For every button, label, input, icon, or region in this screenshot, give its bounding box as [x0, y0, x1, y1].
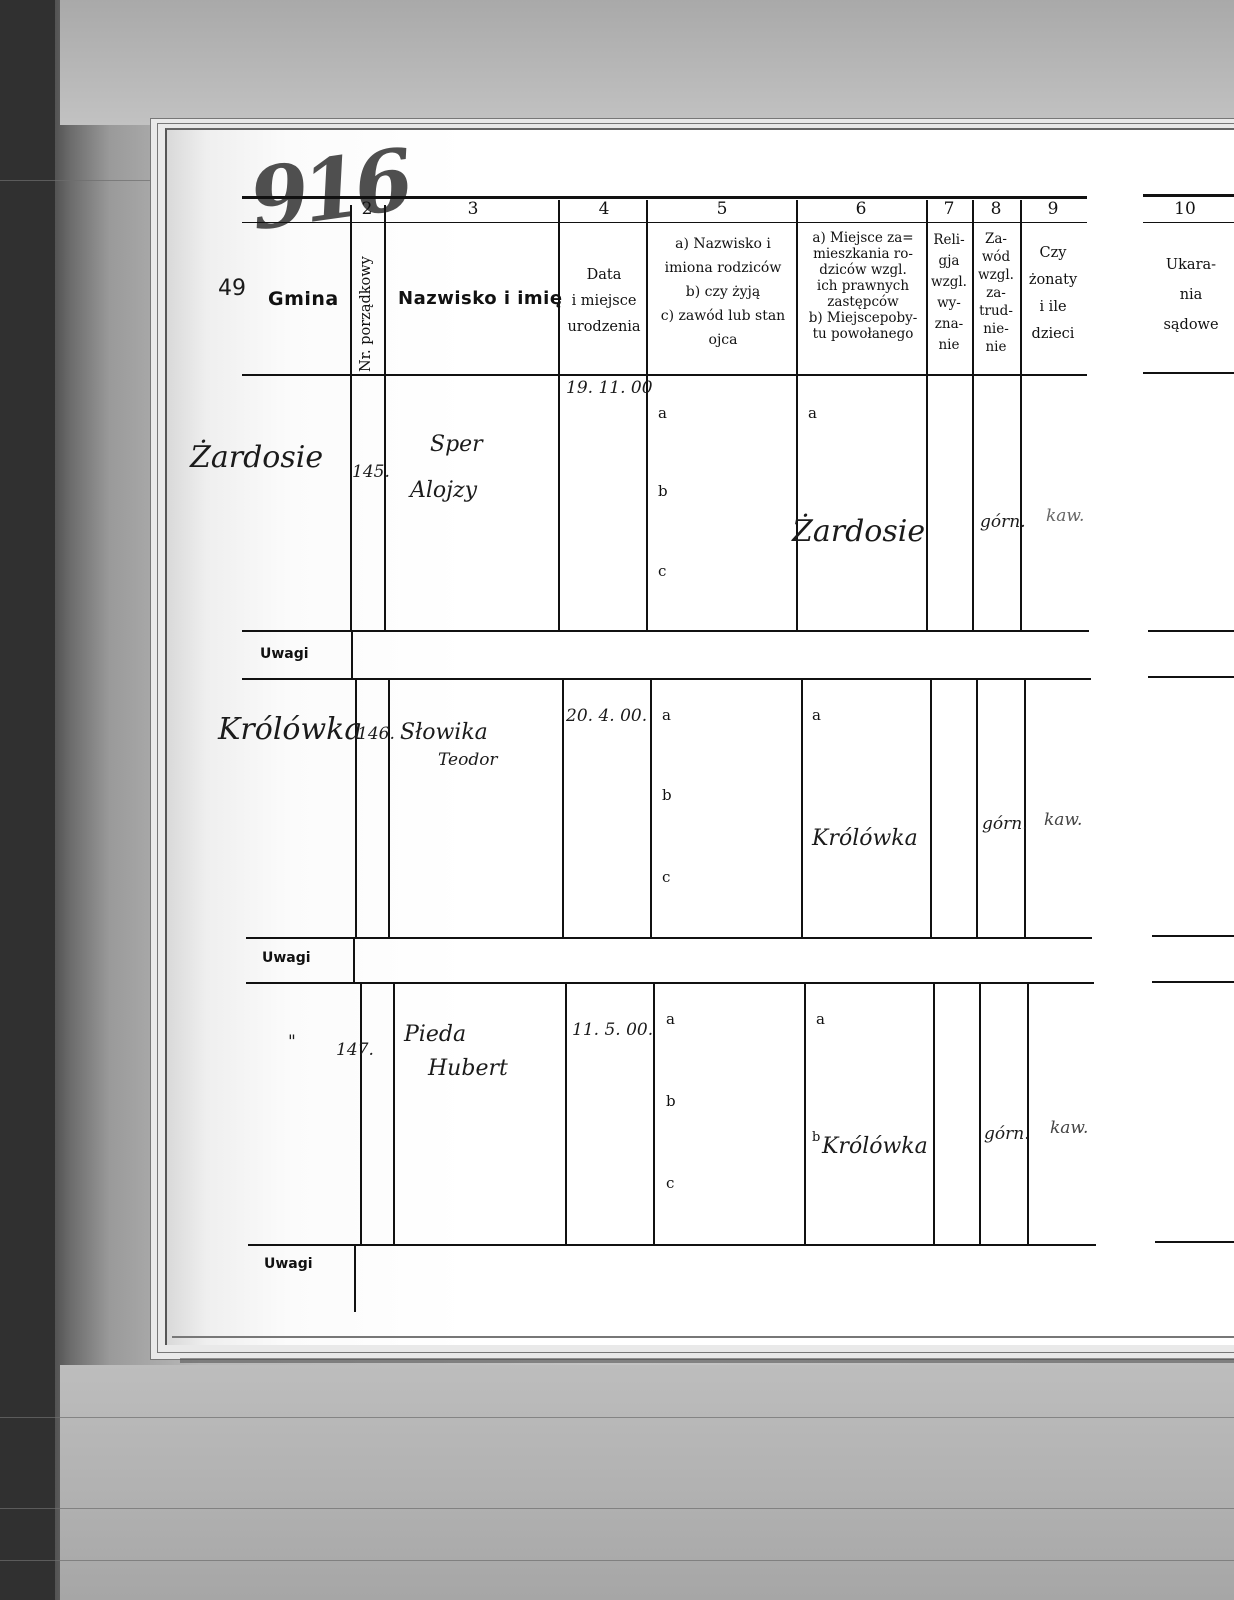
- label-c: c: [666, 1174, 674, 1192]
- label-b: b: [662, 786, 672, 804]
- header-religia: Reli-gjawzgl.wy-zna-nie: [926, 230, 972, 356]
- entry-first-name: Alojzy: [410, 478, 477, 503]
- header-gmina: Gmina: [268, 288, 339, 310]
- entry-marital: kaw.: [1046, 506, 1084, 526]
- entry-first-name: Teodor: [438, 750, 498, 770]
- entry-gmina-ditto: ": [288, 1032, 296, 1052]
- header-zawod: Za-wódwzgl.za-trud-nie-nie: [972, 230, 1020, 356]
- entry-occupation: górn.: [984, 1124, 1030, 1144]
- label-b: b: [658, 482, 668, 500]
- label-a: a: [662, 706, 671, 724]
- header-data-urodzenia: Datai miejsceurodzenia: [560, 262, 648, 340]
- header-zonaty: Czyżonatyi iledzieci: [1020, 240, 1086, 348]
- header-rodzice: a) Nazwisko iimiona rodzicówb) czy żyjąc…: [648, 232, 798, 352]
- label-a: a: [666, 1010, 675, 1028]
- entry-birth-date: 11. 5. 00.: [572, 1020, 653, 1040]
- entry-residence: Żardosie: [792, 514, 925, 549]
- entry-marital: kaw.: [1050, 1118, 1088, 1138]
- entry-nr: 145.: [352, 462, 390, 482]
- uwagi-label: Uwagi: [260, 646, 309, 662]
- entry-surname: Słowika: [400, 720, 488, 745]
- scan-dark-margin: [0, 0, 55, 1600]
- col-number-3: 3: [388, 199, 558, 219]
- header-miejsce: a) Miejsce za=mieszkania ro-dziców wzgl.…: [798, 230, 928, 342]
- header-ukarania: Ukara-niasądowe: [1148, 250, 1234, 340]
- entry-residence: Królówka: [822, 1134, 928, 1159]
- label-a: a: [812, 706, 821, 724]
- entry-birth-date: 20. 4. 00.: [566, 706, 647, 726]
- col-number-5: 5: [648, 199, 796, 219]
- col-number-4: 4: [560, 199, 648, 219]
- entry-occupation: górn.: [980, 512, 1026, 532]
- entry-marital: kaw.: [1044, 810, 1082, 830]
- uwagi-label: Uwagi: [264, 1256, 313, 1272]
- label-a: a: [658, 404, 667, 422]
- col-number-9: 9: [1020, 199, 1086, 219]
- label-a: a: [808, 404, 817, 422]
- col-number-10: 10: [1150, 199, 1220, 219]
- label-c: c: [662, 868, 670, 886]
- page-mark: 49: [218, 276, 246, 301]
- label-c: c: [658, 562, 666, 580]
- entry-gmina: Żardosie: [190, 440, 323, 475]
- entry-nr: 146.: [357, 724, 395, 744]
- label-a: a: [816, 1010, 825, 1028]
- scan-background-top: [60, 0, 1234, 125]
- header-bottom-rule: [242, 374, 1087, 376]
- entry-nr: 147.: [336, 1040, 374, 1060]
- header-nr-porzadkowy: Nr. porządkowy: [358, 256, 374, 372]
- col-number-6: 6: [796, 199, 926, 219]
- entry-surname: Sper: [430, 432, 483, 457]
- col-number-8: 8: [972, 199, 1020, 219]
- scan-background-bottom: [60, 1365, 1234, 1600]
- uwagi-label: Uwagi: [262, 950, 311, 966]
- label-b: b: [666, 1092, 676, 1110]
- entry-birth-date: 19. 11. 00: [566, 378, 653, 398]
- col-number-2: 2: [352, 199, 382, 219]
- entry-surname: Pieda: [404, 1022, 466, 1047]
- entry-occupation: górn.: [982, 814, 1028, 834]
- entry-gmina: Królówka: [218, 712, 362, 747]
- col-number-7: 7: [926, 199, 972, 219]
- entry-residence: Królówka: [812, 826, 918, 851]
- header-nazwisko-imie: Nazwisko i imię: [398, 288, 563, 309]
- label-b: b: [812, 1130, 820, 1145]
- entry-first-name: Hubert: [428, 1056, 508, 1081]
